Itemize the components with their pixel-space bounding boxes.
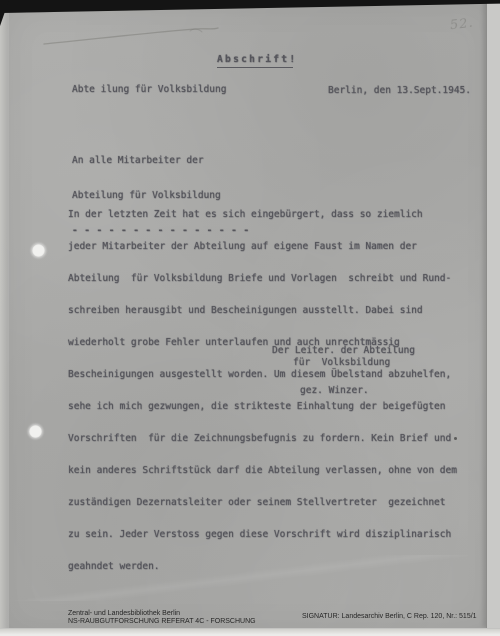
hole-punch-top bbox=[32, 244, 45, 257]
body-line: Bescheinigungen ausgestellt worden. Um d… bbox=[68, 370, 457, 381]
body-line: zuständigen Dezernatsleiter oder seinem … bbox=[68, 498, 457, 509]
body-line: Abteilung für Volksbildung Briefe und Vo… bbox=[68, 274, 457, 285]
hole-punch-bottom bbox=[29, 425, 42, 438]
body-line: jeder Mitarbeiter der Abteilung auf eige… bbox=[68, 242, 457, 253]
heading-abschrift: A b s c h r i f t ! bbox=[217, 54, 293, 68]
body-line: Vorschriften für die Zeichnungsbefugnis … bbox=[68, 434, 457, 445]
typewriter-layer: A b s c h r i f t ! Abte ilung für Volks… bbox=[0, 0, 500, 636]
body-line: In der letzten Zeit hat es sich eingebür… bbox=[68, 210, 457, 221]
body-line: kein anderes Schriftstück darf die Abtei… bbox=[68, 466, 457, 477]
library-stamp: Zentral- und Landesbibliothek Berlin NS-… bbox=[68, 610, 256, 627]
library-stamp-line-1: Zentral- und Landesbibliothek Berlin bbox=[68, 610, 256, 618]
signature-role-line-2: für Volksbildung bbox=[293, 357, 390, 368]
recipient-line-1: An alle Mitarbeiter der bbox=[72, 155, 249, 167]
signatur-label: SIGNATUR: Landesarchiv Berlin, C Rep. 12… bbox=[302, 613, 477, 620]
scanned-document-page: 52. A b s c h r i f t ! Abte ilung für V… bbox=[0, 0, 500, 636]
body-paragraph: In der letzten Zeit hat es sich eingebür… bbox=[68, 189, 457, 594]
body-line: schreiben herausgibt und Bescheinigungen… bbox=[68, 306, 457, 317]
sender-line: Abte ilung für Volksbildung bbox=[72, 84, 226, 95]
dateline: Berlin, den 13.Sept.1945. bbox=[328, 85, 471, 96]
body-line: geahndet werden. bbox=[68, 562, 457, 573]
body-line: sehe ich mich gezwungen, die strikteste … bbox=[68, 402, 457, 413]
ink-speck bbox=[454, 437, 457, 440]
signature-gez-line: gez. Winzer. bbox=[300, 385, 369, 396]
signature-role-line-1: Der Leiter. der Abteilung bbox=[272, 345, 415, 356]
library-stamp-line-2: NS-RAUBGUTFORSCHUNG REFERAT 4C - FORSCHU… bbox=[68, 618, 256, 626]
handwritten-page-number: 52. bbox=[449, 16, 474, 34]
body-line: zu sein. Jeder Verstoss gegen diese Vors… bbox=[68, 530, 457, 541]
